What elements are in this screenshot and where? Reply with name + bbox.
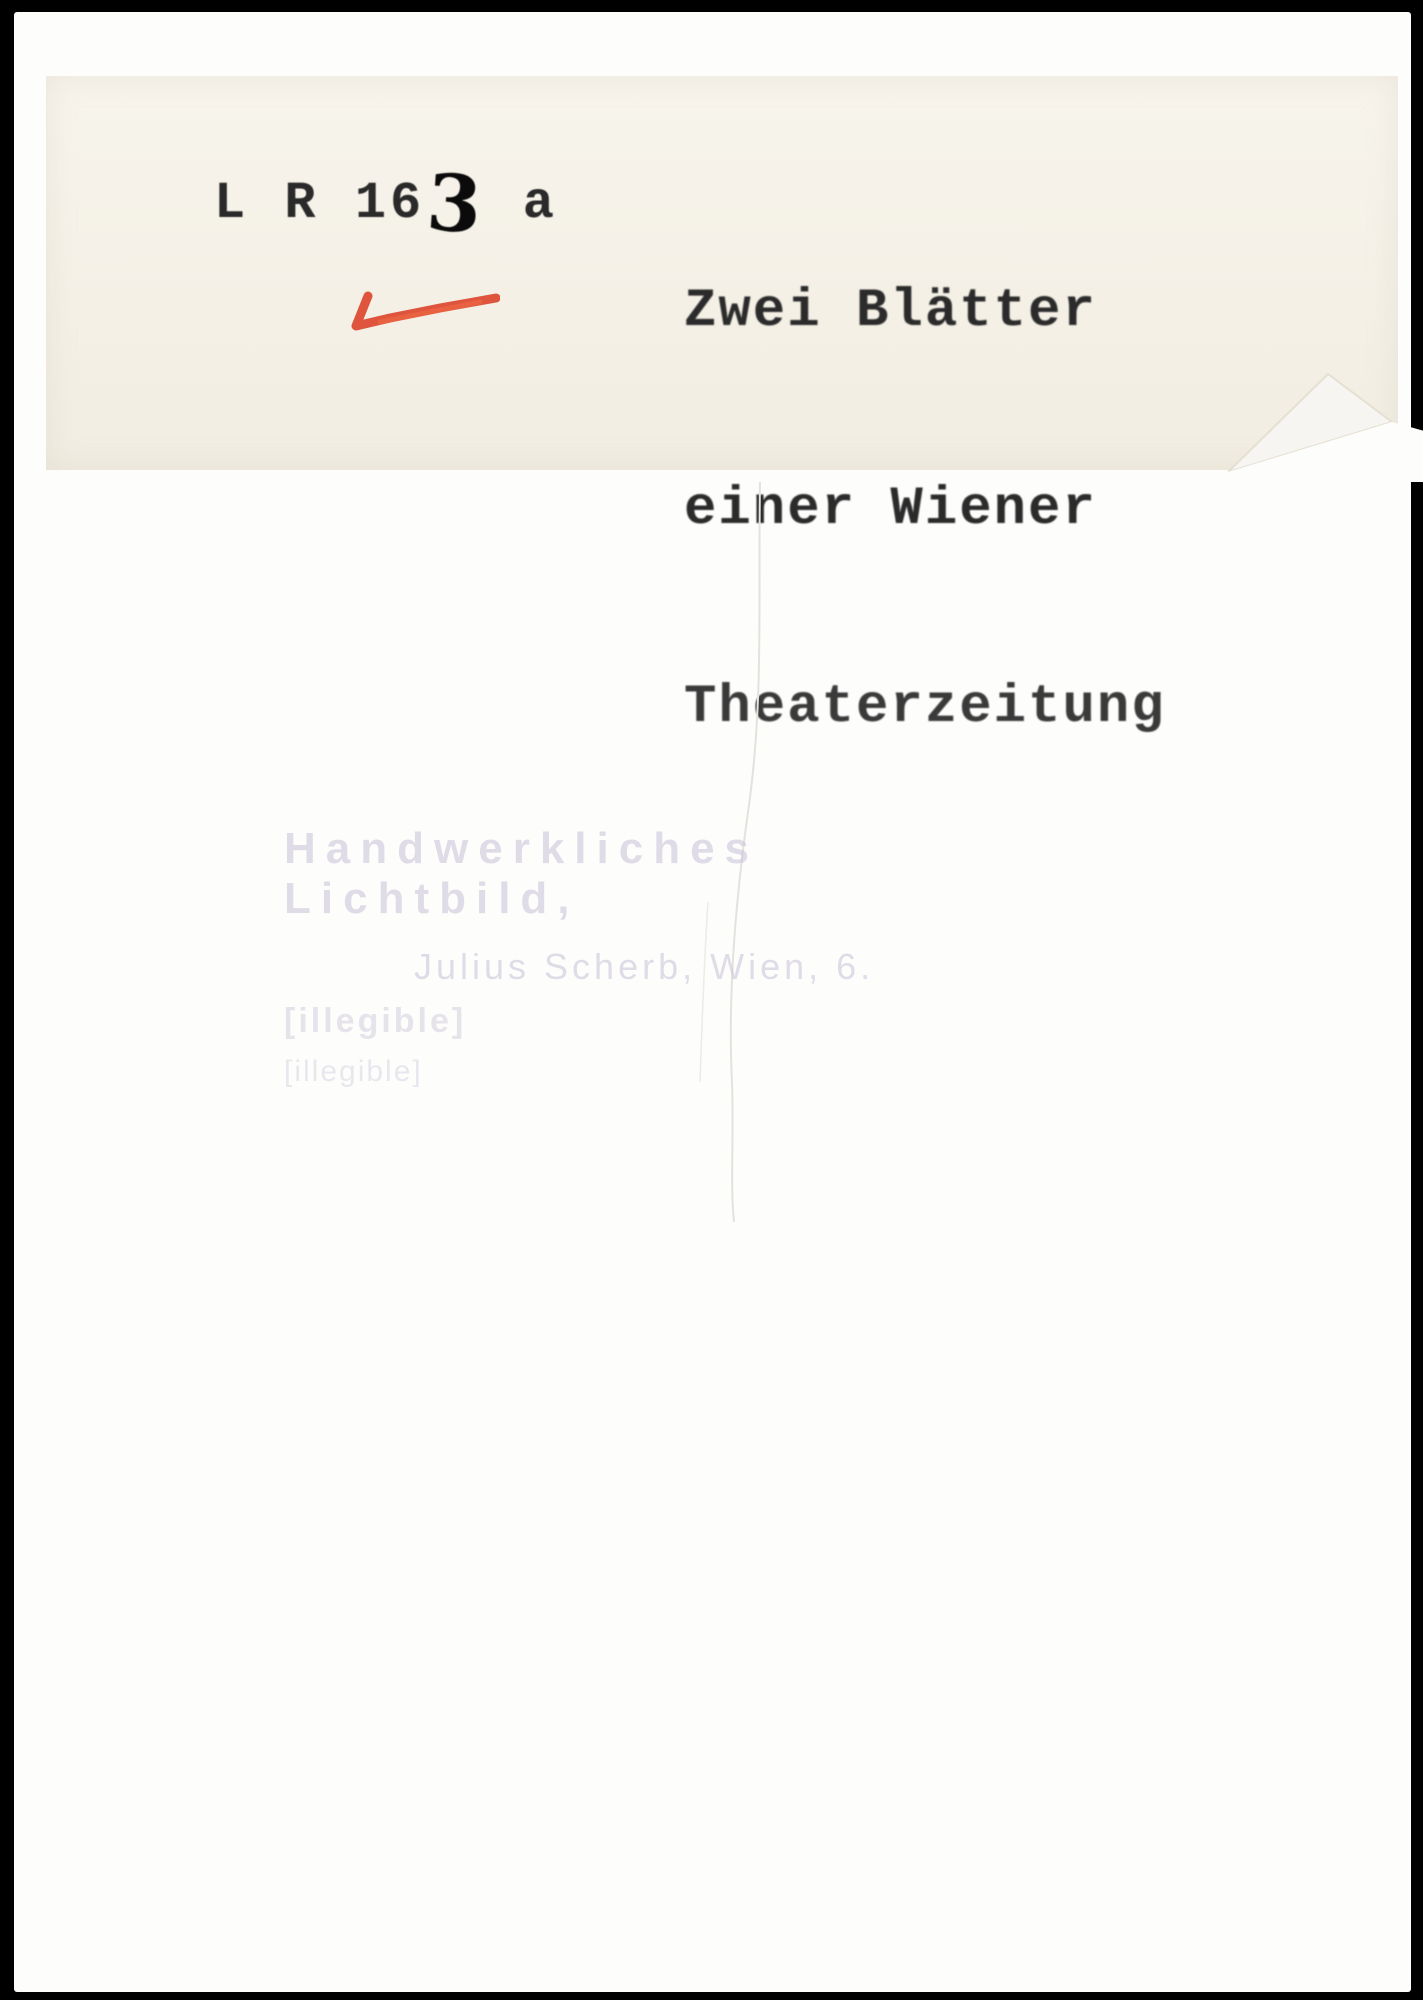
photographer-stamp: Handwerkliches Lichtbild, Julius Scherb,… [284,824,1044,1089]
description-line-1: Zwei Blätter [684,279,1166,345]
stamp-line-3: [illegible] [284,1002,1044,1041]
photo-card: L R 163 a Zwei Blätter einer Wiener Thea… [14,12,1411,1992]
call-number-prefix: L R 16 [214,174,425,233]
red-check-mark-icon [350,288,500,332]
folded-corner [1228,362,1423,482]
call-number-suffix: a [523,174,558,233]
stamp-line-1: Handwerkliches Lichtbild, [284,824,1044,924]
stamp-line-2: Julius Scherb, Wien, 6. [284,946,1044,988]
stamp-line-4: [illegible] [284,1055,1044,1089]
handwritten-digit: 3 [424,157,488,252]
call-number: L R 163 a [214,145,558,236]
